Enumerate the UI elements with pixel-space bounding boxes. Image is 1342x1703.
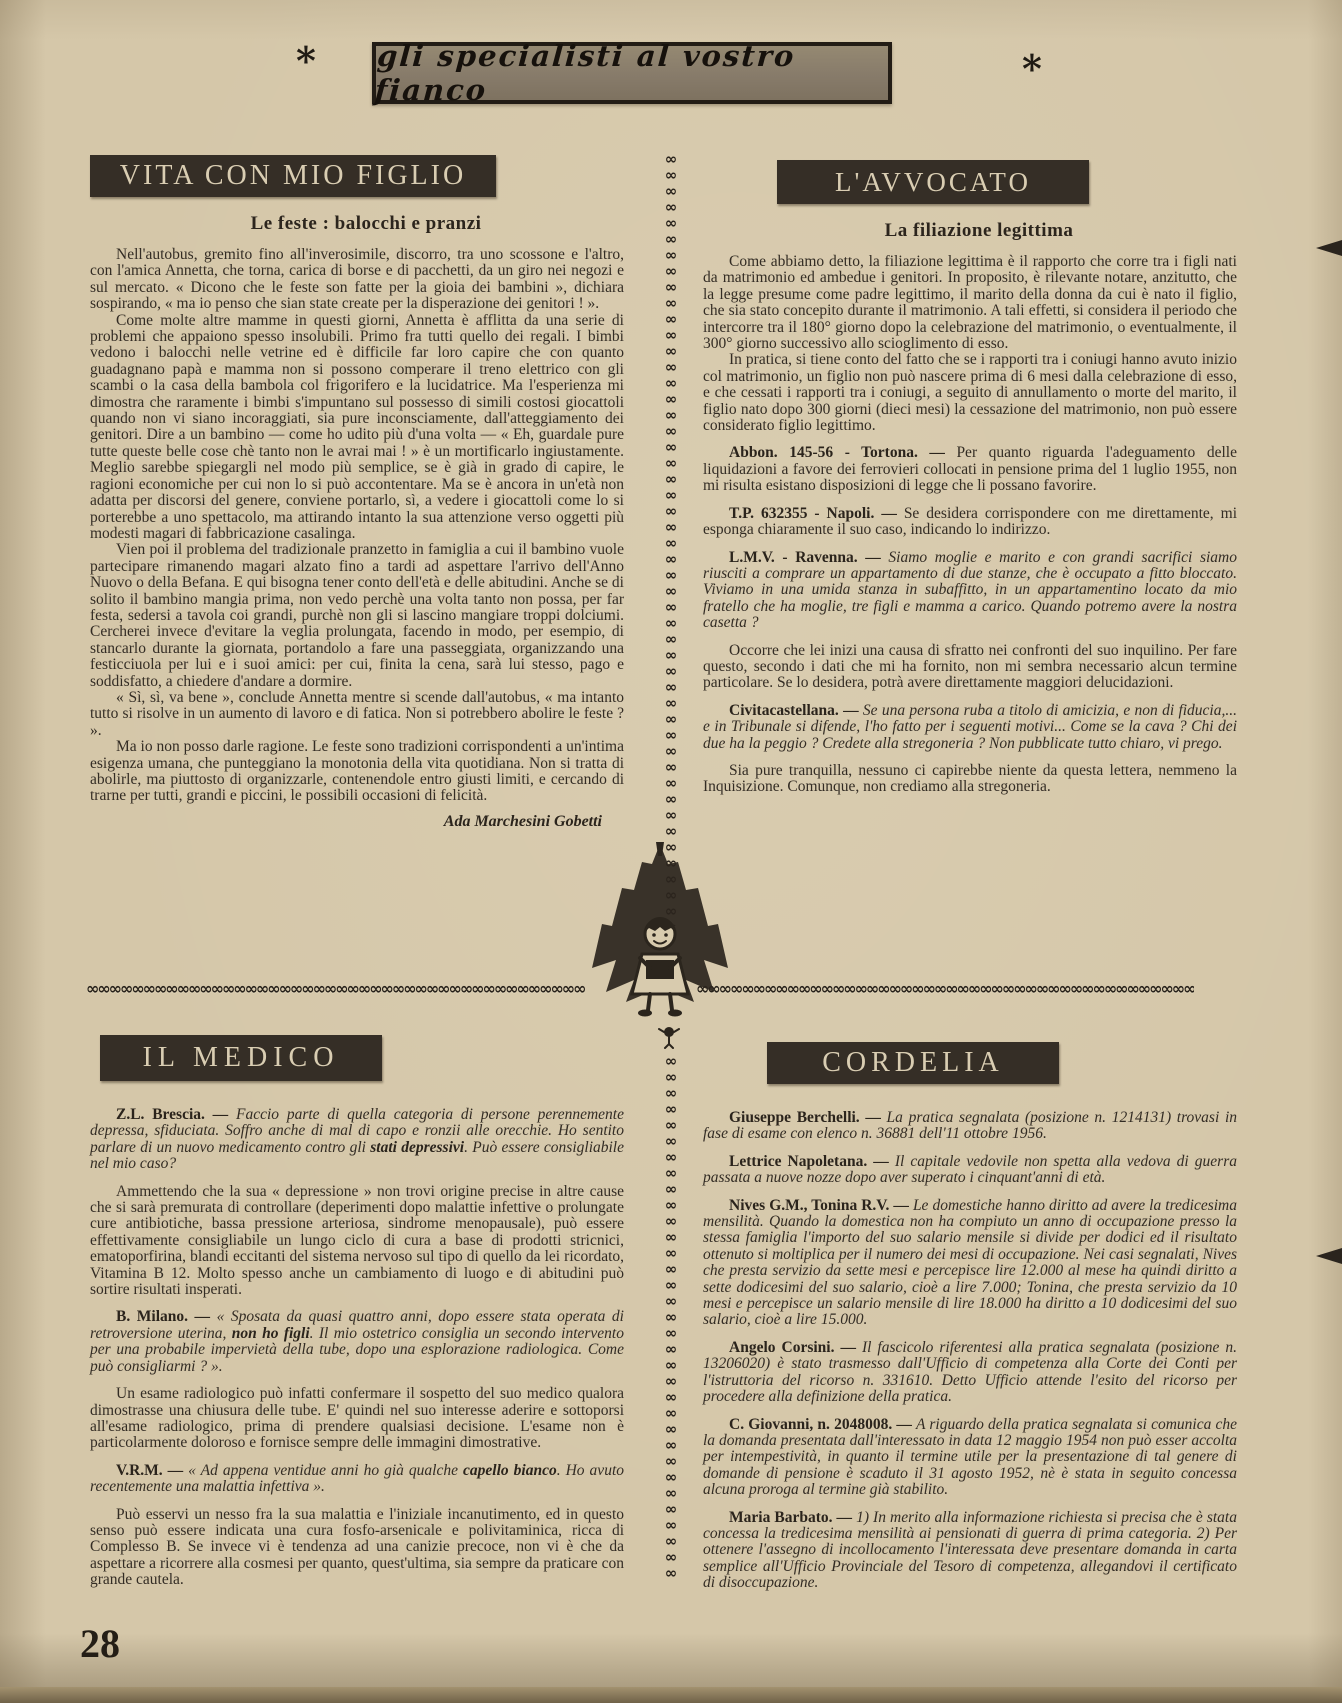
paragraph: Lettrice Napoletana. — Il capitale vedov… xyxy=(703,1154,1237,1187)
paragraph: Civitacastellana. — Se una persona ruba … xyxy=(703,703,1237,752)
paragraph: C. Giovanni, n. 2048008. — A riguardo de… xyxy=(703,1417,1237,1499)
paragraph: « Sì, sì, va bene », conclude Annetta me… xyxy=(90,690,624,739)
article-subtitle-avvocato: La filiazione legittima xyxy=(703,220,1255,242)
chain-ornament-vertical-top: ∞∞∞∞∞∞∞∞∞∞∞∞∞∞∞∞∞∞∞∞∞∞∞∞∞∞∞∞∞∞∞∞∞∞∞∞∞∞∞∞… xyxy=(660,150,682,926)
article-body-medico: Z.L. Brescia. — Faccio parte di quella c… xyxy=(90,1107,624,1589)
article-body-avvocato: Come abbiamo detto, la filiazione legitt… xyxy=(703,254,1237,796)
page-edge-notch xyxy=(1316,1248,1342,1264)
child-with-tree-illustration xyxy=(582,842,738,1024)
magazine-page: * gli specialisti al vostro fianco * ∞∞∞… xyxy=(0,0,1342,1703)
section-title-avvocato: L'AVVOCATO xyxy=(777,160,1089,204)
page-edge-notch xyxy=(1316,240,1342,256)
section-title-medico: IL MEDICO xyxy=(100,1035,382,1081)
paragraph: Vien poi il problema del tradizionale pr… xyxy=(90,542,624,690)
chain-ornament-horizontal-right: ∞∞∞∞∞∞∞∞∞∞∞∞∞∞∞∞∞∞∞∞∞∞∞∞∞∞∞∞∞∞∞∞∞∞∞∞∞∞∞∞… xyxy=(696,980,1194,998)
page-number: 28 xyxy=(80,1620,120,1667)
article-body-vita: Nell'autobus, gremito fino all'inverosim… xyxy=(90,247,624,805)
paragraph: Occorre che lei inizi una causa di sfrat… xyxy=(703,643,1237,692)
section-vita-con-mio-figlio: VITA CON MIO FIGLIO Le feste : balocchi … xyxy=(90,155,642,831)
asterisk-left-icon: * xyxy=(296,38,316,83)
paragraph: Ammettendo che la sua « depressione » no… xyxy=(90,1184,624,1299)
paragraph: Come abbiamo detto, la filiazione legitt… xyxy=(703,254,1237,352)
section-avvocato: L'AVVOCATO La filiazione legittima Come … xyxy=(703,160,1255,796)
paragraph: Come molte altre mamme in questi giorni,… xyxy=(90,313,624,543)
paragraph: Ma io non posso darle ragione. Le feste … xyxy=(90,739,624,805)
paragraph: Sia pure tranquilla, nessuno ci capirebb… xyxy=(703,763,1237,796)
paragraph: Nives G.M., Tonina R.V. — Le domestiche … xyxy=(703,1198,1237,1329)
chain-ornament-vertical-bottom: ∞∞∞∞∞∞∞∞∞∞∞∞∞∞∞∞∞∞∞∞∞∞∞∞∞∞∞∞∞∞∞∞∞∞∞∞∞∞ xyxy=(660,1052,682,1578)
author-signature: Ada Marchesini Gobetti xyxy=(90,813,642,831)
paragraph: Abbon. 145-56 - Tortona. — Per quanto ri… xyxy=(703,445,1237,494)
article-body-cordelia: Giuseppe Berchelli. — La pratica segnala… xyxy=(703,1110,1237,1592)
paragraph: Z.L. Brescia. — Faccio parte di quella c… xyxy=(90,1107,624,1173)
paragraph: Angelo Corsini. — Il fascicolo riferente… xyxy=(703,1340,1237,1406)
paragraph: Può esservi un nesso fra la sua malattia… xyxy=(90,1507,624,1589)
section-title-cordelia: CORDELIA xyxy=(767,1042,1059,1084)
section-cordelia: CORDELIA Giuseppe Berchelli. — La pratic… xyxy=(703,1042,1255,1592)
paragraph: In pratica, si tiene conto del fatto che… xyxy=(703,352,1237,434)
paragraph: Nell'autobus, gremito fino all'inverosim… xyxy=(90,247,624,313)
small-bird-doodle xyxy=(658,1024,680,1050)
page-bottom-edge xyxy=(0,1687,1342,1703)
paragraph: L.M.V. - Ravenna. — Siamo moglie e marit… xyxy=(703,550,1237,632)
paragraph: Maria Barbato. — 1) In merito alla infor… xyxy=(703,1510,1237,1592)
header-banner-title: gli specialisti al vostro fianco xyxy=(374,39,891,107)
article-subtitle-vita: Le feste : balocchi e pranzi xyxy=(90,213,642,235)
section-medico: IL MEDICO Z.L. Brescia. — Faccio parte d… xyxy=(90,1035,642,1589)
paragraph: B. Milano. — « Sposata da quasi quattro … xyxy=(90,1309,624,1375)
chain-ornament-horizontal-left: ∞∞∞∞∞∞∞∞∞∞∞∞∞∞∞∞∞∞∞∞∞∞∞∞∞∞∞∞∞∞∞∞∞∞∞∞∞∞∞∞… xyxy=(86,980,586,998)
paragraph: T.P. 632355 - Napoli. — Se desidera corr… xyxy=(703,506,1237,539)
asterisk-right-icon: * xyxy=(1022,46,1042,91)
paragraph: Giuseppe Berchelli. — La pratica segnala… xyxy=(703,1110,1237,1143)
header-banner: gli specialisti al vostro fianco xyxy=(372,42,892,104)
paragraph: V.R.M. — « Ad appena ventidue anni ho gi… xyxy=(90,1463,624,1496)
section-title-vita: VITA CON MIO FIGLIO xyxy=(90,155,496,197)
paragraph: Un esame radiologico può infatti conferm… xyxy=(90,1386,624,1452)
